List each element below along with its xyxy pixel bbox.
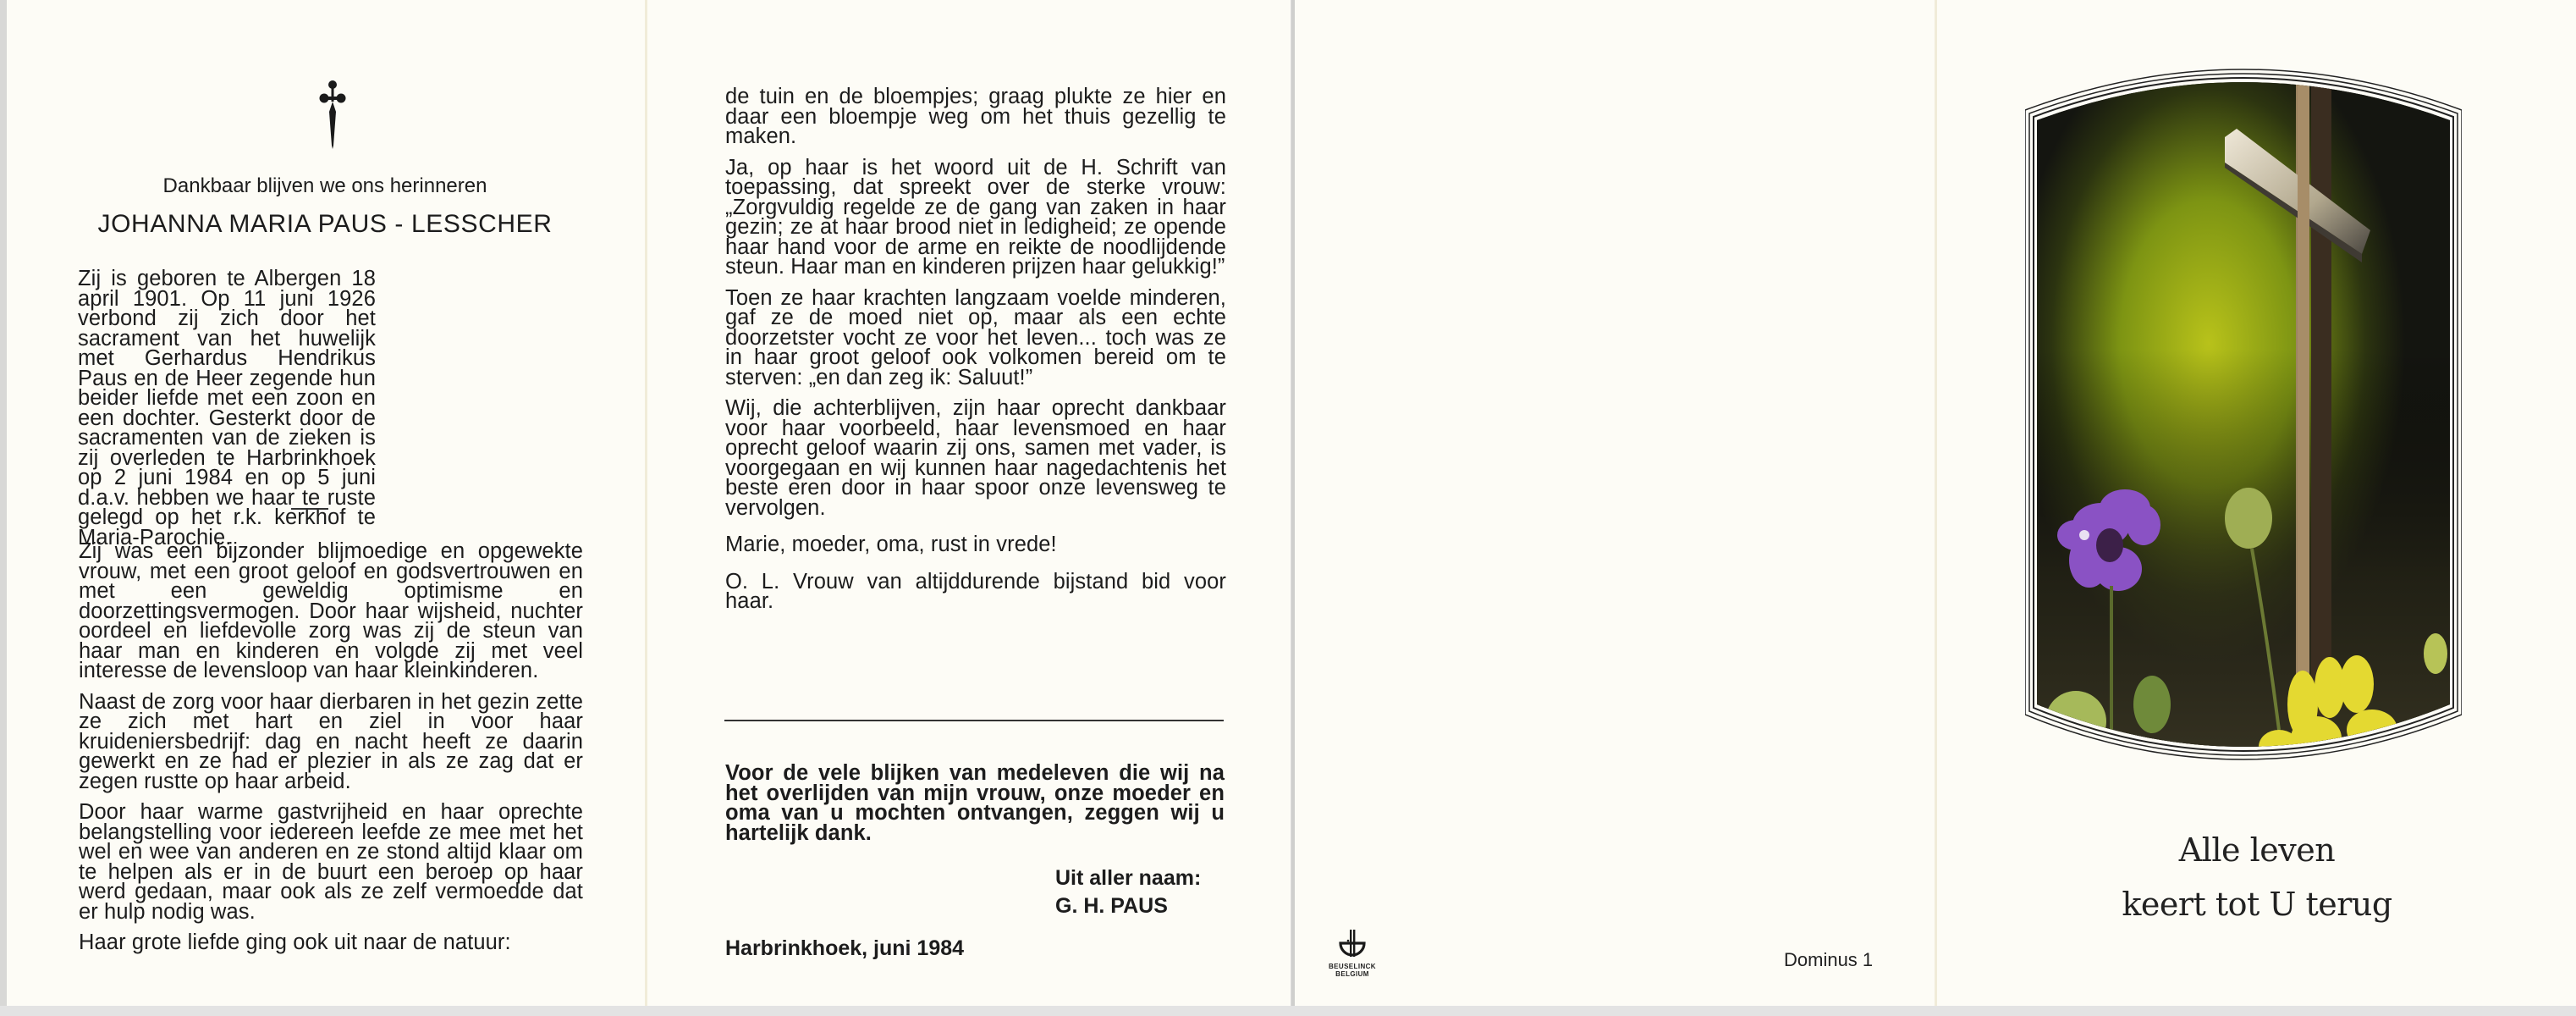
panel-cover: Alle leven keert tot U terug xyxy=(1938,0,2576,1006)
deceased-name: JOHANNA MARIA PAUS - LESSCHER xyxy=(7,210,643,239)
prayer-line: Marie, moeder, oma, rust in vrede! xyxy=(725,535,1226,555)
beuselinck-logo-icon xyxy=(1338,930,1367,958)
publisher-name: BEUSELINCK xyxy=(1327,963,1378,970)
scan-bottom-edge xyxy=(0,1006,2576,1016)
thank-you-text: Voor de vele blijken van medeleven die w… xyxy=(725,764,1225,843)
motto-line-2: keert tot U terug xyxy=(1938,886,2576,923)
cross-and-flowers-photo xyxy=(2025,61,2462,767)
paragraph: Door haar warme gastvrijheid en haar opr… xyxy=(79,803,583,922)
publisher-mark: BEUSELINCK BELGIUM xyxy=(1327,930,1378,978)
continued-text: de tuin en de bloempjes; graag plukte ze… xyxy=(725,87,1226,623)
paragraph: Zij is geboren te Albergen 18 april 1901… xyxy=(78,269,376,548)
paragraph: Toen ze haar krachten langzaam voelde mi… xyxy=(725,289,1226,389)
cross-icon xyxy=(316,78,350,151)
divider xyxy=(724,720,1224,721)
signature-name: G. H. PAUS xyxy=(1055,894,1168,919)
paragraph: Haar grote liefde ging ook uit naar de n… xyxy=(79,933,583,953)
publisher-country: BELGIUM xyxy=(1327,970,1378,978)
life-story-text: Zij was een bijzonder blijmoedige en opg… xyxy=(79,542,583,964)
divider xyxy=(291,508,328,510)
panel-obituary-front: Dankbaar blijven we ons herinneren JOHAN… xyxy=(7,0,643,1006)
intro-line: Dankbaar blijven we ons herinneren xyxy=(7,174,643,198)
panel-back: BEUSELINCK BELGIUM Dominus 1 xyxy=(1296,0,1936,1006)
paragraph: de tuin en de bloempjes; graag plukte ze… xyxy=(725,87,1226,147)
paragraph: Zij was een bijzonder blijmoedige en opg… xyxy=(79,542,583,682)
paragraph: Ja, op haar is het woord uit de H. Schri… xyxy=(725,158,1226,278)
prayer-line: O. L. Vrouw van altijddurende bijstand b… xyxy=(725,572,1226,612)
signature-label: Uit aller naam: xyxy=(1055,866,1201,891)
place-date: Harbrinkhoek, juni 1984 xyxy=(725,936,964,961)
fold-line xyxy=(645,0,647,1006)
series-label: Dominus 1 xyxy=(1784,949,1873,971)
motto-line-1: Alle leven xyxy=(1938,831,2576,869)
paragraph: Naast de zorg voor haar dierbaren in het… xyxy=(79,693,583,792)
paragraph: Wij, die achterblijven, zijn haar oprech… xyxy=(725,399,1226,518)
panel-obituary-continued: de tuin en de bloempjes; graag plukte ze… xyxy=(652,0,1291,1006)
biography-text: Zij is geboren te Albergen 18 april 1901… xyxy=(78,269,376,559)
